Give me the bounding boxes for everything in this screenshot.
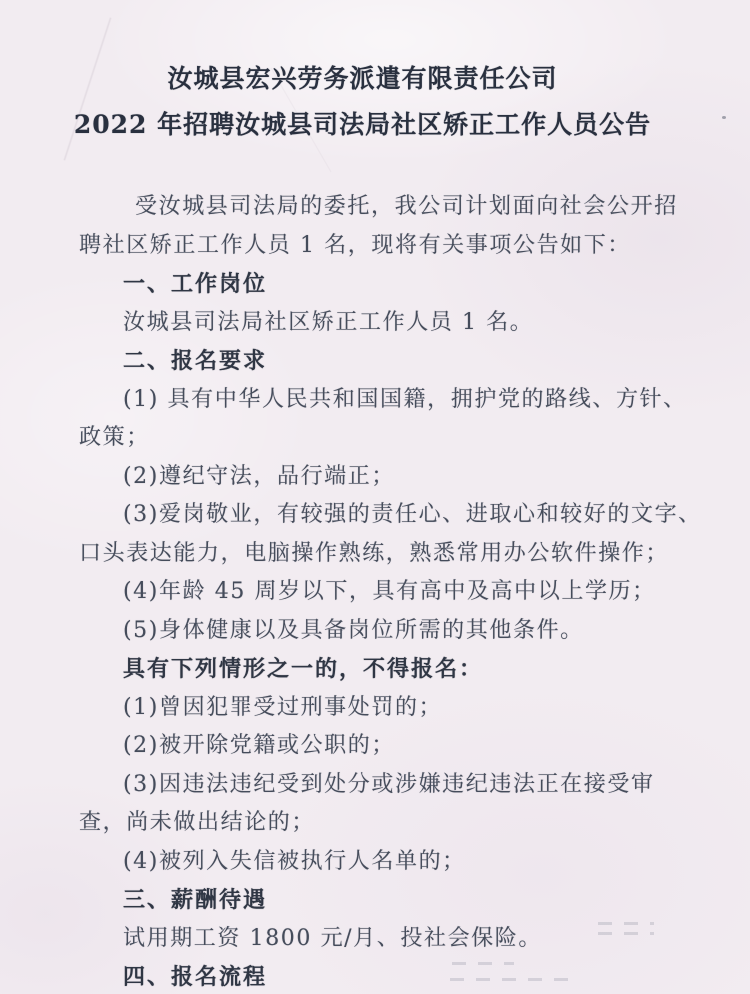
requirement-item-2: (2)遵纪守法，品行端正； (79, 458, 662, 497)
intro-line-1: 受汝城县司法局的委托，我公司计划面向社会公开招 (79, 188, 662, 227)
doc-title-company: 汝城县宏兴劳务派遣有限责任公司 (0, 56, 725, 102)
requirement-item-3: (3)爱岗敬业，有较强的责任心、进取心和较好的文字、 (79, 496, 662, 535)
requirement-item-3-cont: 口头表达能力，电脑操作熟练，熟悉常用办公软件操作； (79, 535, 662, 574)
requirement-item-1-cont: 政策； (79, 419, 662, 458)
disqualification-item-4: (4)被列入失信被执行人名单的； (79, 843, 662, 882)
scanned-document-page: 汝城县宏兴劳务派遣有限责任公司 2022 年招聘汝城县司法局社区矫正工作人员公告… (0, 0, 750, 994)
disqualification-item-1: (1)曾因犯罪受过刑事处罚的； (79, 689, 662, 728)
requirement-item-5: (5)身体健康以及具备岗位所需的其他条件。 (79, 612, 662, 651)
heading-disqualification: 具有下列情形之一的，不得报名： (79, 650, 662, 689)
disqualification-item-3: (3)因违法违纪受到处分或涉嫌违纪违法正在接受审 (79, 766, 662, 805)
requirement-item-4: (4)年龄 45 周岁以下，具有高中及高中以上学历； (79, 573, 662, 612)
work-position-detail: 汝城县司法局社区矫正工作人员 1 名。 (79, 304, 662, 343)
doc-title-announcement: 2022 年招聘汝城县司法局社区矫正工作人员公告 (0, 102, 725, 148)
heading-work-position: 一、工作岗位 (79, 265, 662, 304)
salary-detail: 试用期工资 1800 元/月、投社会保险。 (79, 920, 662, 959)
document-title-block: 汝城县宏兴劳务派遣有限责任公司 2022 年招聘汝城县司法局社区矫正工作人员公告 (0, 56, 725, 148)
heading-salary: 三、薪酬待遇 (79, 881, 662, 920)
requirement-item-1: (1) 具有中华人民共和国国籍，拥护党的路线、方针、 (79, 381, 662, 420)
disqualification-item-2: (2)被开除党籍或公职的； (79, 727, 662, 766)
heading-application-requirements: 二、报名要求 (79, 342, 662, 381)
document-body: 受汝城县司法局的委托，我公司计划面向社会公开招 聘社区矫正工作人员 1 名，现将… (0, 188, 750, 994)
disqualification-item-3-cont: 查，尚未做出结论的； (79, 804, 662, 843)
heading-application-process: 四、报名流程 (79, 958, 662, 994)
intro-line-2: 聘社区矫正工作人员 1 名，现将有关事项公告如下： (79, 227, 662, 266)
